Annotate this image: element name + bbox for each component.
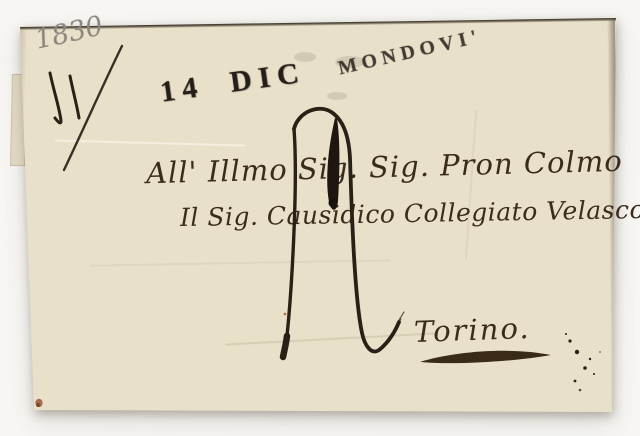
paper-top-fold-edge — [20, 15, 617, 30]
paper-crease — [225, 333, 435, 346]
paper-crease — [55, 140, 245, 147]
paper-crease — [465, 110, 477, 260]
paper-left-edge-shade — [5, 27, 28, 412]
cover-photograph: 1830 14 DIC MONDOVI' All' Illmo Sig. Sig… — [0, 0, 640, 436]
paper-crease — [90, 259, 390, 266]
destination-torino: Torino. — [413, 311, 531, 349]
